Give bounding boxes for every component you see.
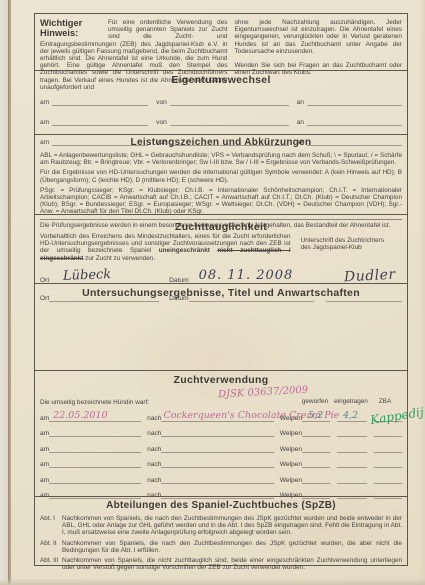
- ownership-row: am von an: [40, 117, 402, 126]
- department-label: Abt. I: [40, 515, 62, 537]
- section-abteilungen: Abteilungen des Spaniel-Zuchtbuches (SpZ…: [35, 496, 407, 565]
- signature-caption: Unterschrift des Zuchtrichters des Jagds…: [301, 233, 402, 262]
- field-label-an: an: [297, 119, 307, 126]
- ownership-row: am von an: [40, 97, 402, 106]
- field-line-von: [170, 117, 289, 126]
- section-untersuchungsergebnisse: Untersuchungsergebnisse, Titel und Anwar…: [35, 283, 407, 370]
- field-line-von: [170, 97, 289, 106]
- department-item: Abt. II Nachkommen von Spaniels, die nac…: [40, 540, 402, 554]
- handwritten-ort: Lübeck: [63, 267, 112, 284]
- department-item: Abt. I Nachkommen von Spaniels, die nach…: [40, 515, 402, 537]
- field-line-zba: Kappedij: [374, 413, 402, 422]
- field-label-nach: nach: [147, 415, 161, 422]
- field-label-nach: nach: [147, 477, 161, 484]
- col-header-eingetragen: eingetragen: [332, 398, 370, 405]
- field-line-eingetragen: 4,2: [337, 413, 367, 422]
- notice-text-2: ohne jede Nachzahlung auszuhändigen. Jed…: [234, 19, 402, 55]
- field-line-am: 22.05.2010: [49, 413, 141, 422]
- abbreviations-p2: Für die Ergebnisse von HD-Untersuchungen…: [40, 169, 402, 183]
- field-line-nach: [161, 475, 273, 484]
- field-line-geworfen: [302, 444, 330, 453]
- col-header-zba: ZBA: [370, 398, 400, 405]
- section-title: Zuchtverwendung: [40, 374, 402, 386]
- field-label-von: von: [156, 119, 170, 126]
- section-title: Leistungszeichen und Abkürzungen: [40, 137, 402, 149]
- section-important-notice: Wichtiger Hinweis: Für eine ordentliche …: [35, 14, 407, 70]
- section-abkuerzungen: Leistungszeichen und Abkürzungen ABL = A…: [35, 134, 407, 214]
- handwritten-datum: 08. 11. 2008: [199, 268, 294, 283]
- field-line-eingetragen: [337, 459, 367, 468]
- handwritten-eingetragen: 4,2: [343, 410, 358, 421]
- department-label: Abt. III: [40, 557, 62, 571]
- handwritten-registration-number: DJSK 03637/2009: [218, 385, 309, 401]
- field-label-am: am: [40, 119, 52, 126]
- section-title: Untersuchungsergebnisse, Titel und Anwar…: [35, 287, 407, 299]
- fitness-paragraph: Vorbehaltlich des Erreichens des Mindest…: [40, 233, 291, 262]
- field-label-an: an: [297, 99, 307, 106]
- breeding-row-empty: am nach Welpen: [40, 437, 402, 453]
- field-line-am: [49, 428, 141, 437]
- scan-edge-line: [8, 0, 11, 585]
- abbreviations-p3: PSgr. = Prüfungssieger; KSgr. = Klubsieg…: [40, 187, 402, 216]
- field-label-welpen: Welpen: [280, 430, 302, 437]
- field-label-am: am: [40, 99, 52, 106]
- department-text: Nachkommen von Spaniels, die nicht zucht…: [62, 557, 402, 571]
- field-label-welpen: Welpen: [280, 461, 302, 468]
- field-line-am: [49, 459, 141, 468]
- field-label-nach: nach: [147, 446, 161, 453]
- field-label-nach: nach: [147, 430, 161, 437]
- field-line-eingetragen: [337, 428, 367, 437]
- field-line-geworfen: [302, 459, 330, 468]
- field-line-am: [52, 117, 148, 126]
- field-label-von: von: [156, 99, 170, 106]
- field-line-zba: [374, 475, 402, 484]
- section-eigentumswechsel: Eigentumswechsel am von an am von an am …: [35, 70, 407, 134]
- department-text: Nachkommen von Spaniels, die nach den Zu…: [62, 540, 402, 554]
- section-zuchtverwendung: Zuchtverwendung Die umseitig bezeichnete…: [35, 370, 407, 496]
- col-header-geworfen: geworfen: [298, 398, 332, 405]
- field-line-eingetragen: [337, 475, 367, 484]
- field-label-nach: nach: [147, 461, 161, 468]
- field-label-welpen: Welpen: [280, 477, 302, 484]
- breeding-row-empty: am nach Welpen: [40, 453, 402, 469]
- field-line-am: [49, 444, 141, 453]
- breeding-row-empty: am nach Welpen: [40, 422, 402, 438]
- scan-edge-bottom: [0, 578, 425, 585]
- notice-column-2: ohne jede Nachzahlung auszuhändigen. Jed…: [234, 19, 402, 70]
- field-line-geworfen: [302, 475, 330, 484]
- field-line-zba: [374, 444, 402, 453]
- breeding-row-empty: am nach Welpen: [40, 468, 402, 484]
- field-line-eingetragen: [337, 444, 367, 453]
- handwritten-geworfen: 5,2: [308, 410, 323, 421]
- pedigree-form-page: Wichtiger Hinweis: Für eine ordentliche …: [34, 13, 408, 566]
- section-title: Zuchttauglichkeit: [40, 221, 402, 233]
- notice-label: Wichtiger Hinweis:: [40, 19, 104, 38]
- field-label-welpen: Welpen: [280, 446, 302, 453]
- field-line-an: [307, 97, 402, 106]
- abbreviations-p1: ABL = Anlagenbewertungsliste; GHL = Gebr…: [40, 152, 402, 166]
- field-line-zba: [374, 459, 402, 468]
- field-line-am: [52, 97, 148, 106]
- breeding-row-filled: am 22.05.2010 nach Cockerqueen's Chocola…: [40, 406, 402, 422]
- field-line-nach: Cockerqueen's Chocolate Cream Pie: [161, 413, 273, 422]
- department-item: Abt. III Nachkommen von Spaniels, die ni…: [40, 557, 402, 571]
- field-label-am: am: [40, 446, 49, 453]
- field-line-geworfen: [302, 428, 330, 437]
- field-label-am: am: [40, 430, 49, 437]
- field-label-am: am: [40, 461, 49, 468]
- field-line-an: [307, 117, 402, 126]
- breeding-intro: Die umseitig bezeichnete Hündin warf:: [40, 399, 149, 406]
- field-line-am: [49, 475, 141, 484]
- field-line-nach: [161, 428, 273, 437]
- field-line-geworfen: 5,2: [302, 413, 330, 422]
- scan-edge-left: [0, 0, 8, 585]
- section-title: Eigentumswechsel: [40, 74, 402, 86]
- scan-edge-right: [419, 0, 425, 585]
- field-label-am: am: [40, 477, 49, 484]
- department-text: Nachkommen von Spaniels, die nach den Zu…: [62, 515, 402, 537]
- option-uneingeschraenkt: uneingeschränkt: [159, 247, 210, 254]
- handwritten-date: 22.05.2010: [53, 410, 107, 421]
- field-line-zba: [374, 428, 402, 437]
- department-label: Abt. II: [40, 540, 62, 554]
- section-zuchttauglichkeit: Zuchttauglichkeit Vorbehaltlich des Erre…: [35, 214, 407, 283]
- breeding-header-row: Die umseitig bezeichnete Hündin warf: DJ…: [40, 394, 402, 406]
- field-label-am: am: [40, 415, 49, 422]
- section-title: Abteilungen des Spaniel-Zuchtbuches (SpZ…: [40, 500, 402, 512]
- field-line-nach: [161, 444, 273, 453]
- notice-column-1: Wichtiger Hinweis: Für eine ordentliche …: [40, 19, 227, 70]
- field-line-nach: [161, 459, 273, 468]
